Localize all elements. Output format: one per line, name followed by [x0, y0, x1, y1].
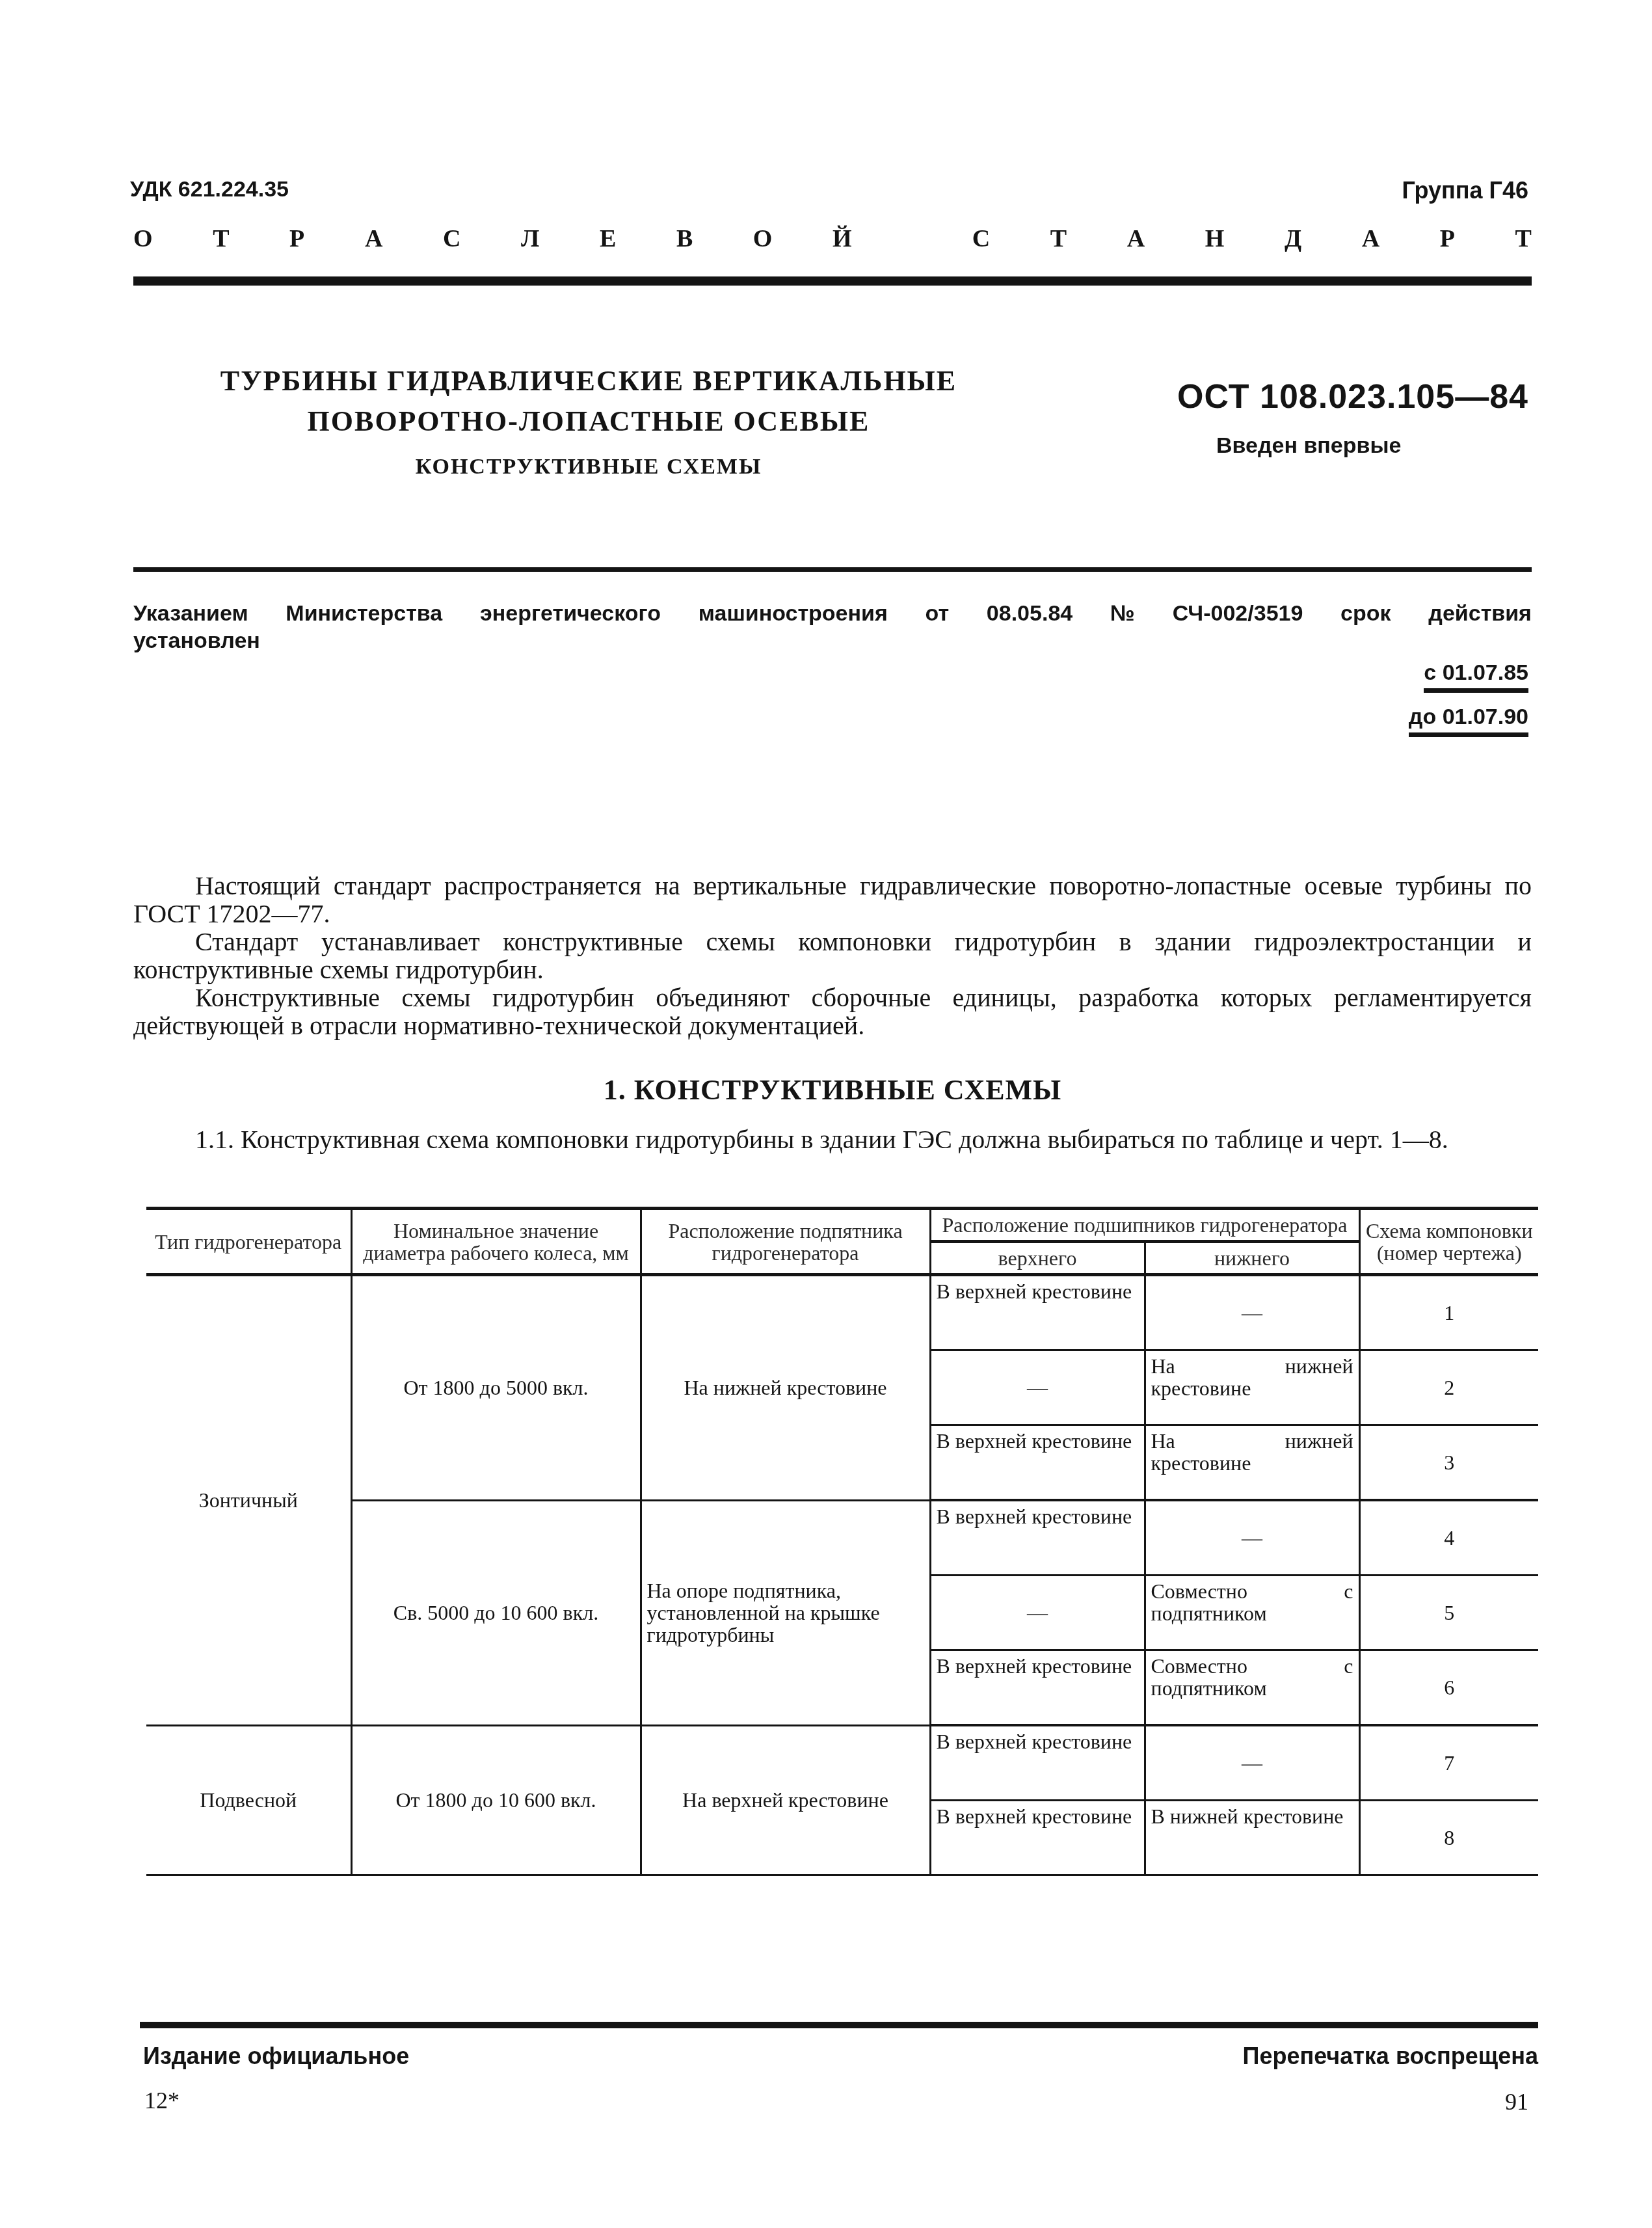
title-line-1: ТУРБИНЫ ГИДРАВЛИЧЕСКИЕ ВЕРТИКАЛЬНЫЕ	[169, 361, 1008, 401]
valid-from: с 01.07.85	[1424, 660, 1528, 693]
order-word: срок	[1340, 600, 1391, 627]
order-number: СЧ-002/3519	[1173, 600, 1303, 627]
intro-paragraph: Стандарт устанавливает конструктивные сх…	[133, 928, 1532, 984]
group-code: Группа Г46	[1402, 177, 1528, 204]
header-bearings: Расположение подшипников гидрогенератора	[930, 1209, 1359, 1242]
cell-upper: В верхней крестовине	[930, 1725, 1145, 1801]
standard-designation-block: ОСТ 108.023.105—84 Введен впервые	[1106, 377, 1528, 459]
heading-letter: Д	[1285, 224, 1301, 253]
ministry-order: Указанием Министерства энергетического м…	[133, 600, 1532, 654]
cell-type: Зонтичный	[146, 1275, 351, 1726]
heading-letter: Й	[833, 224, 852, 253]
heading-letter: Е	[600, 224, 616, 253]
cell-scheme: 4	[1359, 1500, 1538, 1576]
header-lower: нижнего	[1145, 1242, 1359, 1275]
order-word: от	[926, 600, 950, 627]
cell-upper: В верхней крестовине	[930, 1275, 1145, 1350]
cell-scheme: 1	[1359, 1275, 1538, 1350]
clause-1-1: 1.1. Конструктивная схема компоновки гид…	[133, 1125, 1532, 1153]
heading-letter: О	[753, 224, 773, 253]
validity-dates: с 01.07.85 до 01.07.90	[1409, 660, 1528, 749]
cell-upper: —	[930, 1350, 1145, 1425]
title-rule	[133, 567, 1532, 572]
cell-lower: Совместно с подпятником	[1145, 1576, 1359, 1650]
heading-letter: Р	[1440, 224, 1455, 253]
cell-scheme: 3	[1359, 1425, 1538, 1501]
introduced-note: Введен впервые	[1106, 433, 1528, 459]
title-line-2: ПОВОРОТНО-ЛОПАСТНЫЕ ОСЕВЫЕ	[169, 401, 1008, 442]
heading-letter: А	[365, 224, 382, 253]
heading-letter: Н	[1205, 224, 1225, 253]
header-rule	[133, 276, 1532, 286]
heading-letter: Т	[1050, 224, 1067, 253]
heading-letter: Р	[289, 224, 304, 253]
cell-upper: В верхней крестовине	[930, 1801, 1145, 1875]
cell-lower: На нижней крестовине	[1145, 1350, 1359, 1425]
title-subtitle: КОНСТРУКТИВНЫЕ СХЕМЫ	[169, 455, 1008, 479]
order-word: Указанием	[133, 600, 248, 627]
cell-lower: —	[1145, 1725, 1359, 1801]
order-word: машиностроения	[699, 600, 888, 627]
cell-upper: В верхней крестовине	[930, 1500, 1145, 1576]
heading-letter: Л	[521, 224, 539, 253]
document-title: ТУРБИНЫ ГИДРАВЛИЧЕСКИЕ ВЕРТИКАЛЬНЫЕ ПОВО…	[169, 361, 1008, 479]
heading-letter: В	[676, 224, 693, 253]
table-row: Подвесной От 1800 до 10 600 вкл. На верх…	[146, 1725, 1538, 1801]
footer-rule	[140, 2022, 1538, 2028]
cell-lower: —	[1145, 1500, 1359, 1576]
order-word: №	[1110, 600, 1135, 627]
cell-diameter: От 1800 до 10 600 вкл.	[351, 1725, 641, 1875]
header-upper: верхнего	[930, 1242, 1145, 1275]
heading-letter: О	[133, 224, 153, 253]
cell-scheme: 7	[1359, 1725, 1538, 1801]
cell-thrust-bearing: На опоре подпятника, установленной на кр…	[641, 1500, 930, 1725]
header-scheme: Схема компоновки (номер чертежа)	[1359, 1209, 1538, 1275]
valid-to: до 01.07.90	[1409, 705, 1528, 737]
standard-designation: ОСТ 108.023.105—84	[1106, 377, 1528, 416]
order-word: Министерства	[286, 600, 442, 627]
cell-diameter: Св. 5000 до 10 600 вкл.	[351, 1500, 641, 1725]
layout-schemes-table: Тип гидрогенератора Номинальное значение…	[146, 1207, 1538, 1876]
standard-type-heading: О Т Р А С Л Е В О Й С Т А Н Д А Р Т	[133, 224, 1532, 253]
page-number: 91	[1505, 2088, 1528, 2115]
cell-lower: —	[1145, 1275, 1359, 1350]
table-row: Зонтичный От 1800 до 5000 вкл. На нижней…	[146, 1275, 1538, 1350]
cell-lower: Совместно с подпятником	[1145, 1650, 1359, 1726]
sheet-mark: 12*	[144, 2087, 180, 2114]
header-thrust-bearing: Расположение подпятника гидрогенератора	[641, 1209, 930, 1275]
header-type: Тип гидрогенератора	[146, 1209, 351, 1275]
cell-upper: —	[930, 1576, 1145, 1650]
cell-thrust-bearing: На нижней крестовине	[641, 1275, 930, 1501]
intro-text: Настоящий стандарт распространяется на в…	[133, 872, 1532, 1040]
heading-letter: Т	[1515, 224, 1532, 253]
heading-letter: Т	[213, 224, 229, 253]
cell-scheme: 8	[1359, 1801, 1538, 1875]
cell-scheme: 6	[1359, 1650, 1538, 1726]
header-diameter: Номинальное значение диаметра рабочего к…	[351, 1209, 641, 1275]
intro-paragraph: Конструктивные схемы гидротурбин объедин…	[133, 984, 1532, 1040]
heading-letter: С	[443, 224, 460, 253]
cell-lower: На нижней крестовине	[1145, 1425, 1359, 1501]
clause-text: 1.1. Конструктивная схема компоновки гид…	[133, 1125, 1532, 1153]
cell-upper: В верхней крестовине	[930, 1425, 1145, 1501]
cell-lower: В нижней крестовине	[1145, 1801, 1359, 1875]
cell-type: Подвесной	[146, 1725, 351, 1875]
official-edition-note: Издание официальное	[143, 2043, 409, 2070]
cell-thrust-bearing: На верхней крестовине	[641, 1725, 930, 1875]
table-row: Св. 5000 до 10 600 вкл. На опоре подпятн…	[146, 1500, 1538, 1576]
order-date: 08.05.84	[987, 600, 1072, 627]
intro-paragraph: Настоящий стандарт распространяется на в…	[133, 872, 1532, 928]
cell-scheme: 5	[1359, 1576, 1538, 1650]
reprint-prohibited-note: Перепечатка воспрещена	[1243, 2043, 1538, 2070]
heading-letter: С	[972, 224, 990, 253]
order-line-2: установлен	[133, 627, 1532, 654]
cell-scheme: 2	[1359, 1350, 1538, 1425]
heading-letter: А	[1127, 224, 1145, 253]
heading-letter: А	[1362, 224, 1379, 253]
order-word: энергетического	[480, 600, 661, 627]
section-title: 1. КОНСТРУКТИВНЫЕ СХЕМЫ	[133, 1073, 1532, 1107]
udk-code: УДК 621.224.35	[130, 177, 289, 202]
order-word: действия	[1428, 600, 1532, 627]
cell-upper: В верхней крестовине	[930, 1650, 1145, 1726]
cell-diameter: От 1800 до 5000 вкл.	[351, 1275, 641, 1501]
